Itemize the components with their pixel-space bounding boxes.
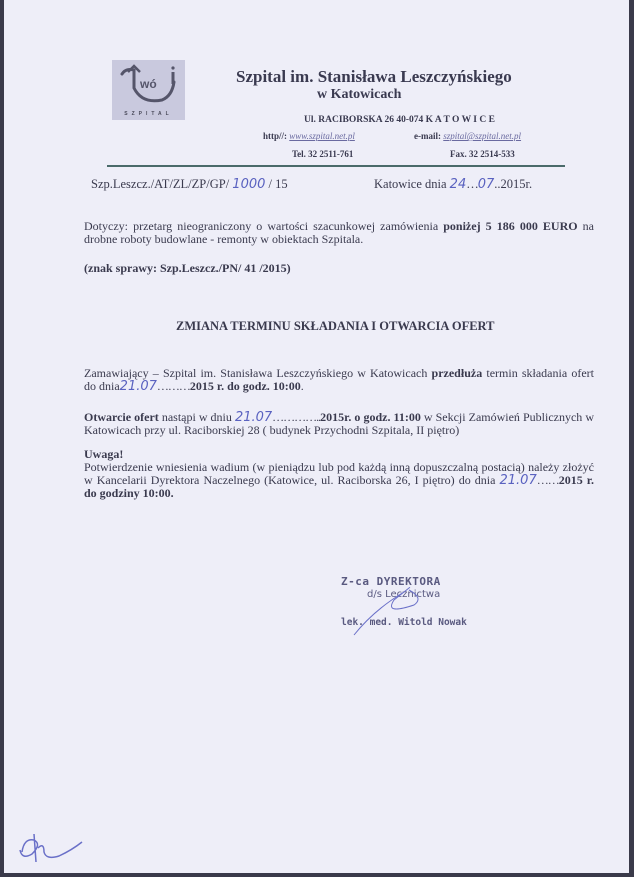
date-suffix: ..2015r. (494, 177, 532, 191)
case-number: (znak sprawy: Szp.Leszcz./PN/ 41 /2015) (84, 262, 291, 275)
p2-time: 2015r. o godz. 11:00 (320, 410, 421, 424)
p1-bold: przedłuża (432, 366, 483, 380)
hospital-address: Ul. RACIBORSKA 26 40-074 K A T O W I C E (304, 115, 495, 125)
handwritten-signature-icon (324, 570, 474, 640)
subject: Dotyczy: przetarg nieograniczony o warto… (84, 220, 594, 246)
http-label: http//: (263, 131, 287, 141)
email-link[interactable]: szpital@szpital.net.pl (443, 131, 521, 141)
dots: …… (537, 473, 559, 487)
hospital-name: Szpital im. Stanisława Leszczyńskiego (236, 67, 512, 87)
subject-value: poniżej 5 186 000 EURO (443, 219, 577, 233)
dots: ……… (157, 379, 190, 393)
reference-prefix: Szp.Leszcz./AT/ZL/ZP/GP/ (91, 177, 229, 191)
handwritten-date: 21.07 (500, 473, 537, 488)
reference-suffix: / 15 (269, 177, 288, 191)
handwritten-initials-icon (14, 830, 84, 870)
subject-text: Dotyczy: przetarg nieograniczony o warto… (84, 219, 443, 233)
document-title: ZMIANA TERMINU SKŁADANIA I OTWARCIA OFER… (176, 320, 494, 333)
p1-end: . (301, 379, 304, 393)
handwritten-day: 24 (450, 177, 467, 192)
document-page: wó SZPITAL Szpital im. Stanisława Leszcz… (4, 0, 629, 873)
dots: … (466, 177, 478, 191)
website-line: http//: www.szpital.net.pl (263, 131, 355, 141)
dots: ………….. (272, 410, 320, 424)
handwritten-ref-number: 1000 (232, 177, 265, 192)
svg-text:wó: wó (139, 77, 157, 91)
hospital-city: w Katowicach (317, 87, 401, 103)
date-line: Katowice dnia 24…07..2015r. (374, 178, 532, 191)
p1-deadline: 2015 r. do godz. 10:00 (190, 379, 301, 393)
handwritten-date: 21.07 (120, 379, 157, 394)
logo-label: SZPITAL (112, 111, 185, 117)
paragraph-opening: Otwarcie ofert nastąpi w dniu 21.07………….… (84, 411, 594, 437)
email-line: e-mail: szpital@szpital.net.pl (414, 131, 521, 141)
telephone: Tel. 32 2511-761 (292, 149, 353, 159)
paragraph-warning: Potwierdzenie wniesienia wadium (w pieni… (84, 461, 594, 500)
p1-text: Zamawiający – Szpital im. Stanisława Les… (84, 366, 432, 380)
header-divider (107, 165, 565, 167)
website-link[interactable]: www.szpital.net.pl (289, 131, 355, 141)
hospital-logo: wó SZPITAL (112, 60, 185, 120)
paragraph-extension: Zamawiający – Szpital im. Stanisława Les… (84, 367, 594, 393)
p2-text: nastąpi w dniu (159, 410, 235, 424)
reference-number: Szp.Leszcz./AT/ZL/ZP/GP/ 1000 / 15 (91, 178, 288, 191)
fax: Fax. 32 2514-533 (450, 149, 515, 159)
date-prefix: Katowice dnia (374, 177, 447, 191)
p2-bold: Otwarcie ofert (84, 410, 159, 424)
email-label: e-mail: (414, 131, 441, 141)
handwritten-month: 07 (478, 177, 495, 192)
